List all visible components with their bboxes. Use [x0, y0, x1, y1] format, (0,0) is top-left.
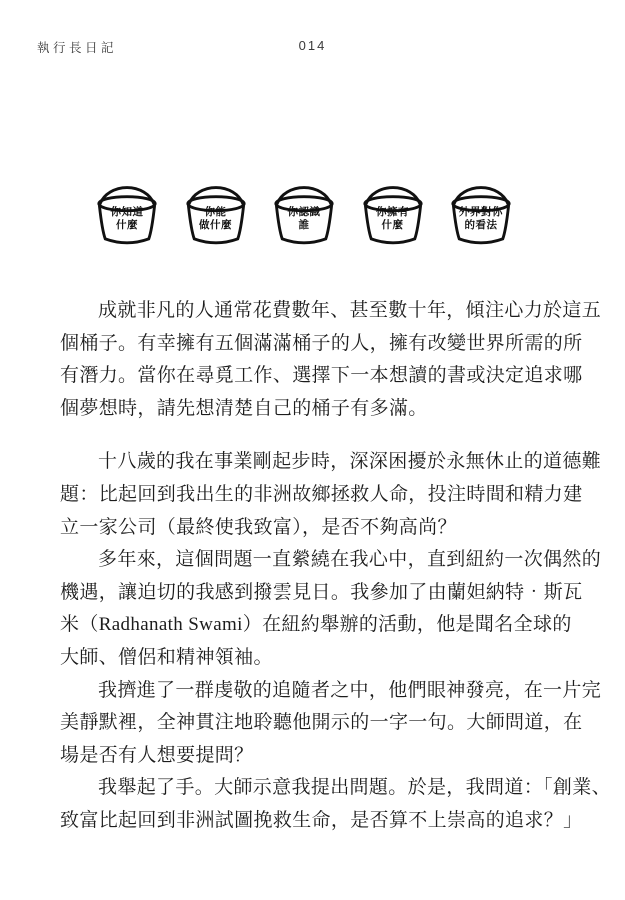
text-line: 成就非凡的人通常花費數年、甚至數十年，傾注心力於這五: [60, 295, 564, 328]
text-line: 有潛力。當你在尋覓工作、選擇下一本想讀的書或決定追求哪: [60, 360, 564, 393]
paragraph-eighteen: 十八歲的我在事業剛起步時，深深困擾於永無休止的道德難 題：比起回到我出生的非洲故…: [60, 446, 564, 544]
paragraph-new-york: 多年來，這個問題一直縈繞在我心中，直到紐約一次偶然的 機遇，讓迫切的我感到撥雲見…: [60, 544, 564, 674]
bucket-label: 你認識 誰: [272, 206, 336, 231]
text-line: 致富比起回到非洲試圖挽救生命，是否算不上崇高的追求？」: [60, 805, 564, 838]
bucket-what-you-know: 你知道 什麼: [95, 175, 159, 249]
bucket-label: 你能 做什麼: [184, 206, 248, 231]
page-number: 014: [299, 38, 327, 53]
bucket-label: 外界對你 的看法: [449, 206, 513, 231]
text-line: 機遇，讓迫切的我感到撥雲見日。我參加了由蘭妲納特‧斯瓦: [60, 577, 564, 610]
text-line: 我擠進了一群虔敬的追隨者之中，他們眼神發亮，在一片完: [60, 675, 564, 708]
bucket-what-you-can-do: 你能 做什麼: [184, 175, 248, 249]
page-header: 執行長日記 014: [0, 38, 625, 58]
text-line: 題：比起回到我出生的非洲故鄉拯救人命，投注時間和精力建: [60, 479, 564, 512]
bucket-world-opinion: 外界對你 的看法: [449, 175, 513, 249]
paragraph-intro: 成就非凡的人通常花費數年、甚至數十年，傾注心力於這五 個桶子。有幸擁有五個滿滿桶…: [60, 295, 564, 425]
book-page: 執行長日記 014 你知道 什麼 你能 做什麼: [0, 0, 625, 900]
text-line: 場是否有人想要提問？: [60, 740, 564, 773]
five-buckets-illustration: 你知道 什麼 你能 做什麼 你認識 誰 你擁有 什麼: [95, 175, 513, 251]
text-line: 我舉起了手。大師示意我提出問題。於是，我問道：「創業、: [60, 772, 564, 805]
bucket-label: 你擁有 什麼: [361, 206, 425, 231]
text-line: 立一家公司（最終使我致富），是否不夠高尚？: [60, 512, 564, 545]
text-line: 個夢想時，請先想清楚自己的桶子有多滿。: [60, 393, 564, 426]
bucket-who-you-know: 你認識 誰: [272, 175, 336, 249]
text-line: 多年來，這個問題一直縈繞在我心中，直到紐約一次偶然的: [60, 544, 564, 577]
text-line: 大師、僧侶和精神領袖。: [60, 642, 564, 675]
body-text: 成就非凡的人通常花費數年、甚至數十年，傾注心力於這五 個桶子。有幸擁有五個滿滿桶…: [60, 295, 564, 838]
bucket-what-you-have: 你擁有 什麼: [361, 175, 425, 249]
text-line: 米（Radhanath Swami）在紐約舉辦的活動，他是聞名全球的: [60, 609, 564, 642]
text-line: 十八歲的我在事業剛起步時，深深困擾於永無休止的道德難: [60, 446, 564, 479]
running-head-book-title: 執行長日記: [37, 38, 117, 56]
paragraph-followers: 我擠進了一群虔敬的追隨者之中，他們眼神發亮，在一片完 美靜默裡，全神貫注地聆聽他…: [60, 675, 564, 773]
text-line: 個桶子。有幸擁有五個滿滿桶子的人，擁有改變世界所需的所: [60, 328, 564, 361]
paragraph-question: 我舉起了手。大師示意我提出問題。於是，我問道：「創業、 致富比起回到非洲試圖挽救…: [60, 772, 564, 837]
text-line: 美靜默裡，全神貫注地聆聽他開示的一字一句。大師問道，在: [60, 707, 564, 740]
bucket-label: 你知道 什麼: [95, 206, 159, 231]
